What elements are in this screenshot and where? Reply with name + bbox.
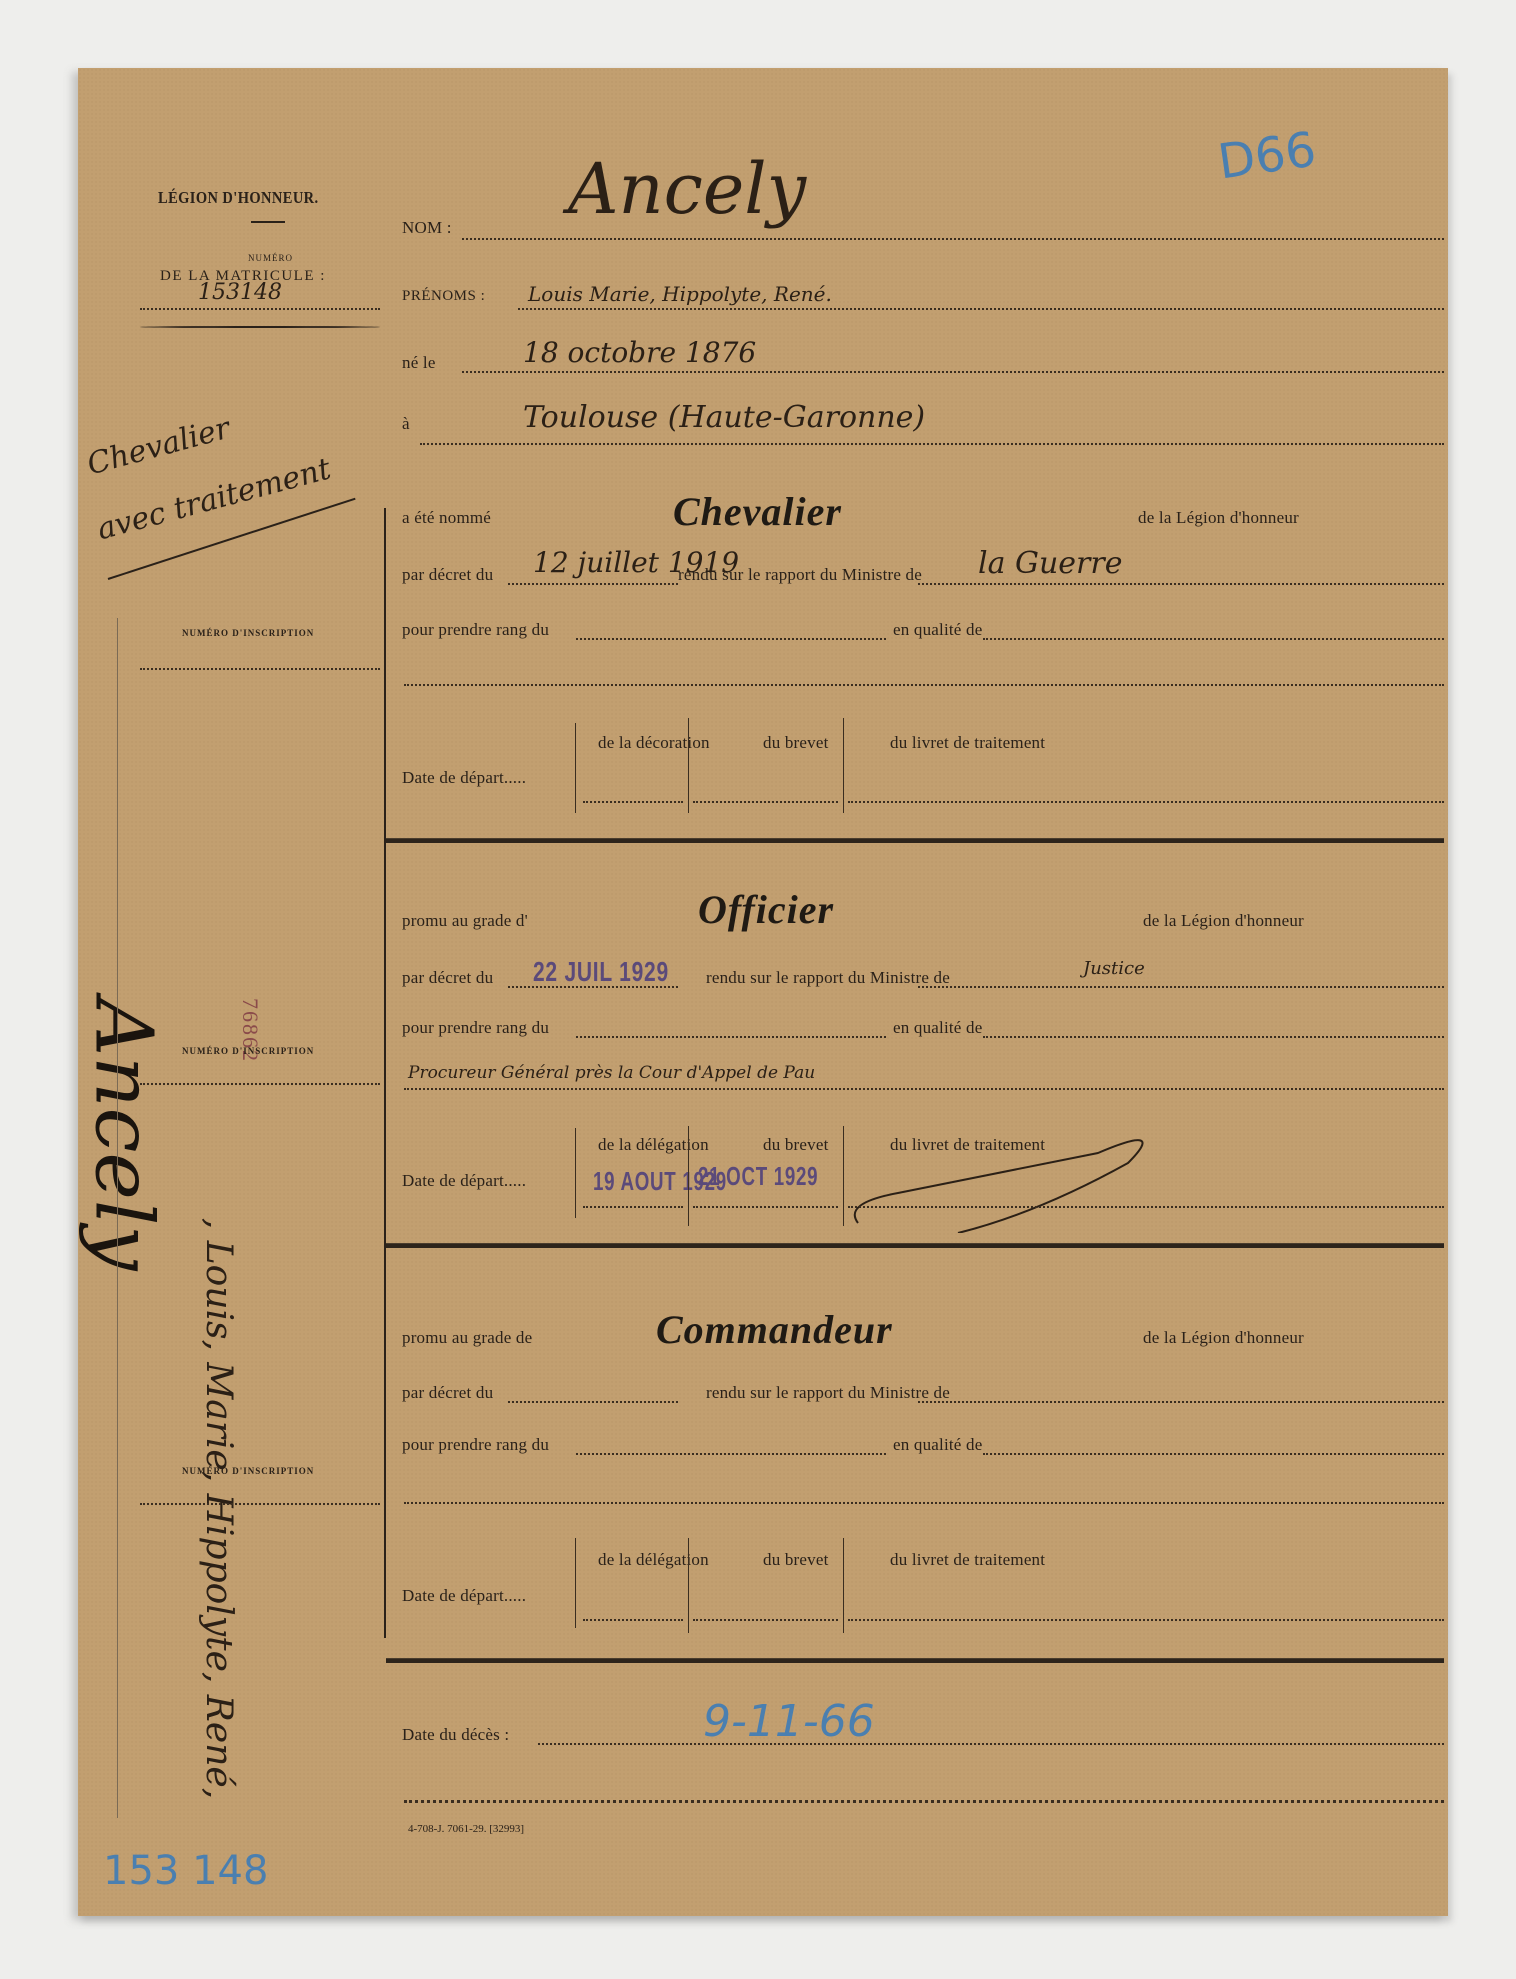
nom-line xyxy=(462,238,1444,240)
officier-rang-label: pour prendre rang du xyxy=(402,1018,549,1038)
officier-depart-brace xyxy=(575,1128,576,1218)
officier-col2-line xyxy=(693,1206,838,1208)
commandeur-col1-line xyxy=(583,1619,683,1621)
chevalier-qualite-label: en qualité de xyxy=(893,620,982,640)
vertical-surname: Ancely xyxy=(78,998,171,1270)
officier-col1-label: de la délégation xyxy=(598,1135,709,1155)
commandeur-col3-line xyxy=(848,1619,1444,1621)
inscription-line-1 xyxy=(140,668,380,670)
prenoms-label: PRÉNOMS : xyxy=(402,288,485,305)
chevalier-depart-label: Date de départ..... xyxy=(402,768,526,788)
section-divider-2 xyxy=(386,1243,1444,1248)
commandeur-intro: promu au grade de xyxy=(402,1328,532,1348)
prenoms-value[interactable]: Louis Marie, Hippolyte, René. xyxy=(528,282,832,306)
margin-note-line1: Chevalier xyxy=(83,411,233,483)
section-divider-1 xyxy=(386,838,1444,843)
commandeur-depart-label: Date de départ..... xyxy=(402,1586,526,1606)
commandeur-rang-line xyxy=(576,1453,886,1455)
vertical-first-names: , Louis, Marie, Hippolyte, René, xyxy=(198,1218,239,1799)
officier-grade: Officier xyxy=(698,886,834,933)
chevalier-col1-line xyxy=(583,801,683,803)
officier-extra-value[interactable]: Procureur Général près la Cour d'Appel d… xyxy=(408,1063,815,1083)
commandeur-col2-label: du brevet xyxy=(763,1550,829,1570)
deces-value[interactable]: 9-11-66 xyxy=(703,1696,875,1747)
chevalier-col2-line xyxy=(693,801,838,803)
commandeur-rang-label: pour prendre rang du xyxy=(402,1435,549,1455)
matricule-label-1: NUMÉRO xyxy=(248,253,293,263)
footer-line xyxy=(404,1800,1444,1803)
officier-qualite-label: en qualité de xyxy=(893,1018,982,1038)
chevalier-depart-brace xyxy=(575,723,576,813)
chevalier-col-divider-1 xyxy=(688,718,689,813)
chevalier-intro: a été nommé xyxy=(402,508,491,528)
chevalier-col1-label: de la décoration xyxy=(598,733,710,753)
lieu-label: à xyxy=(402,414,410,434)
chevalier-ministre-line xyxy=(918,583,1444,585)
chevalier-ministre-value[interactable]: la Guerre xyxy=(978,546,1123,581)
commandeur-col-divider-1 xyxy=(688,1538,689,1633)
matricule-value: 153148 xyxy=(198,280,282,305)
officier-rang-line xyxy=(576,1036,886,1038)
ne-le-label: né le xyxy=(402,353,436,373)
commandeur-ministre-line xyxy=(918,1401,1444,1403)
officier-ministre-value[interactable]: Justice xyxy=(1083,958,1145,979)
officier-decret-label: par décret du xyxy=(402,968,493,988)
commandeur-qualite-label: en qualité de xyxy=(893,1435,982,1455)
corner-mark: D66 xyxy=(1215,121,1320,190)
ne-le-value[interactable]: 18 octobre 1876 xyxy=(523,336,756,369)
officier-depart-label: Date de départ..... xyxy=(402,1171,526,1191)
officier-suffix: de la Légion d'honneur xyxy=(1143,911,1304,931)
chevalier-rang-line xyxy=(576,638,886,640)
chevalier-decret-label: par décret du xyxy=(402,565,493,585)
officier-extra-line xyxy=(404,1088,1444,1090)
document-card: LÉGION D'HONNEUR. NUMÉRO DE LA MATRICULE… xyxy=(78,68,1448,1916)
nom-label: NOM : xyxy=(402,218,452,238)
commandeur-decret-line xyxy=(508,1401,678,1403)
nom-value[interactable]: Ancely xyxy=(568,148,806,230)
commandeur-col-divider-2 xyxy=(843,1538,844,1633)
bottom-number: 153 148 xyxy=(103,1848,268,1894)
chevalier-extra-line xyxy=(404,684,1444,686)
commandeur-extra-line xyxy=(404,1502,1444,1504)
deces-label: Date du décès : xyxy=(402,1725,509,1745)
commandeur-col1-label: de la délégation xyxy=(598,1550,709,1570)
commandeur-grade: Commandeur xyxy=(656,1306,893,1353)
chevalier-rapport-label: rendu sur le rapport du Ministre de xyxy=(678,565,922,585)
officier-intro: promu au grade d' xyxy=(402,911,528,931)
commandeur-col3-label: du livret de traitement xyxy=(890,1550,1045,1570)
deces-line xyxy=(538,1743,1444,1745)
officier-decret-stamp[interactable]: 22 JUIL 1929 xyxy=(533,956,669,988)
commandeur-depart-brace xyxy=(575,1538,576,1628)
inscription-label-1: NUMÉRO D'INSCRIPTION xyxy=(182,628,314,638)
commandeur-decret-label: par décret du xyxy=(402,1383,493,1403)
chevalier-qualite-line xyxy=(983,638,1444,640)
commandeur-rapport-label: rendu sur le rapport du Ministre de xyxy=(706,1383,950,1403)
commandeur-qualite-line xyxy=(983,1453,1444,1455)
officier-col2-label: du brevet xyxy=(763,1135,829,1155)
lieu-line xyxy=(420,443,1444,445)
inscription-label-3: NUMÉRO D'INSCRIPTION xyxy=(182,1466,314,1476)
chevalier-grade: Chevalier xyxy=(673,488,842,535)
officier-qualite-line xyxy=(983,1036,1444,1038)
section-divider-3 xyxy=(386,1658,1444,1663)
chevalier-rang-label: pour prendre rang du xyxy=(402,620,549,640)
print-reference: 4-708-J. 7061-29. [32993] xyxy=(408,1823,524,1835)
commandeur-suffix: de la Légion d'honneur xyxy=(1143,1328,1304,1348)
officier-col3-line xyxy=(848,1206,1444,1208)
chevalier-col2-label: du brevet xyxy=(763,733,829,753)
chevalier-decret-line xyxy=(508,583,678,585)
inscription-label-2: NUMÉRO D'INSCRIPTION xyxy=(182,1046,314,1056)
matricule-brace xyxy=(140,326,380,328)
ne-le-line xyxy=(462,371,1444,373)
matricule-line xyxy=(140,308,380,310)
officier-col1-line xyxy=(583,1206,683,1208)
margin-guide-line xyxy=(117,618,118,1818)
officier-rapport-label: rendu sur le rapport du Ministre de xyxy=(706,968,950,988)
title-underline xyxy=(251,221,285,223)
org-title: LÉGION D'HONNEUR. xyxy=(158,188,319,208)
officier-col2-stamp[interactable]: 21 OCT 1929 xyxy=(698,1161,818,1192)
chevalier-suffix: de la Légion d'honneur xyxy=(1138,508,1299,528)
chevalier-col3-line xyxy=(848,801,1444,803)
officier-col-divider-1 xyxy=(688,1126,689,1226)
chevalier-col-divider-2 xyxy=(843,718,844,813)
officier-ministre-line xyxy=(918,986,1444,988)
lieu-value[interactable]: Toulouse (Haute-Garonne) xyxy=(523,400,925,435)
inscription-line-2 xyxy=(140,1083,380,1085)
section-brace xyxy=(384,508,386,1638)
chevalier-col3-label: du livret de traitement xyxy=(890,733,1045,753)
officier-signature-flourish xyxy=(838,1123,1168,1233)
prenoms-line xyxy=(518,308,1444,310)
commandeur-col2-line xyxy=(693,1619,838,1621)
officier-decret-line xyxy=(508,986,678,988)
inscription-line-3 xyxy=(140,1503,380,1505)
